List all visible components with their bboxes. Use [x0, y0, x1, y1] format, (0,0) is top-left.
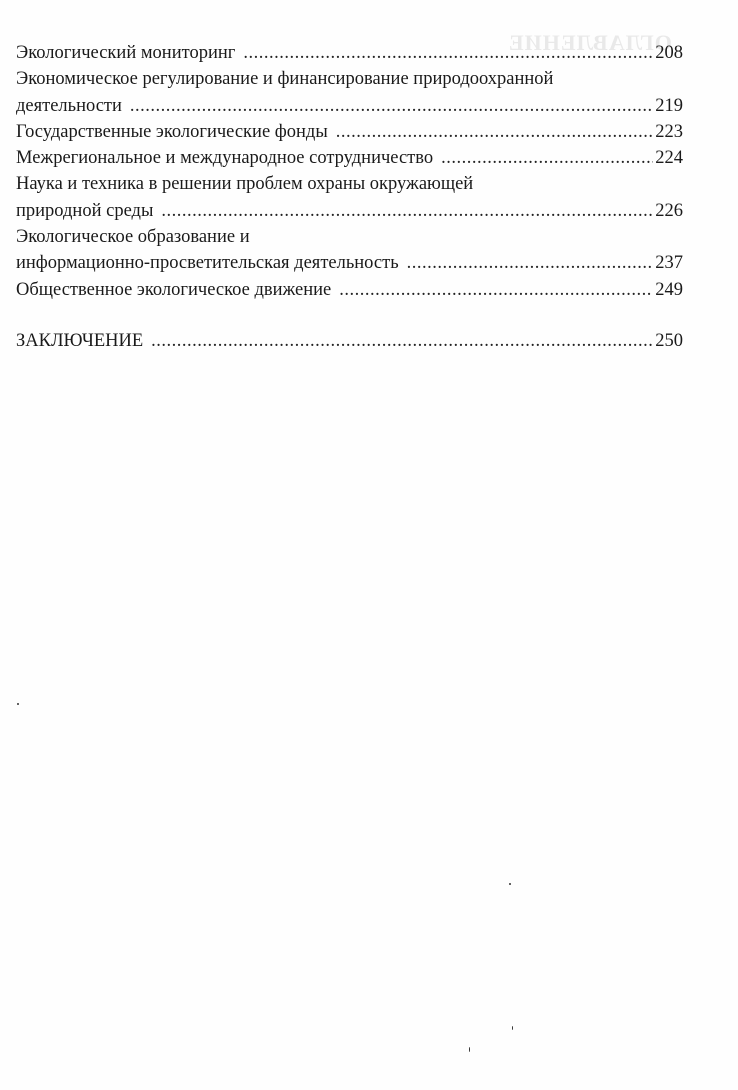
- toc-entry: Общественное экологическое движение 249: [16, 277, 683, 303]
- toc-entry: Наука и техника в решении проблем охраны…: [16, 171, 683, 197]
- toc-entry-conclusion: ЗАКЛЮЧЕНИЕ 250: [16, 328, 683, 354]
- toc-entry-title: ЗАКЛЮЧЕНИЕ: [16, 328, 143, 354]
- toc-entry-title: Общественное экологическое движение: [16, 277, 331, 303]
- toc-entry-title: Наука и техника в решении проблем охраны…: [16, 171, 683, 197]
- scan-speck: [512, 1026, 513, 1030]
- toc-entry-page: 219: [655, 93, 683, 119]
- dot-leader: [161, 198, 653, 224]
- toc-entry-title: Межрегиональное и международное сотрудни…: [16, 145, 433, 171]
- toc-entry: деятельности 219: [16, 93, 683, 119]
- toc-entry-page: 208: [655, 40, 683, 66]
- toc-entry: Экономическое регулирование и финансиров…: [16, 66, 683, 92]
- toc-entry: информационно-просветительская деятельно…: [16, 250, 683, 276]
- toc-entry-title: Экономическое регулирование и финансиров…: [16, 66, 683, 92]
- dot-leader: [243, 40, 653, 66]
- scan-speck: [17, 703, 19, 705]
- dot-leader: [407, 250, 654, 276]
- toc-entry: Экологическое образование и: [16, 224, 683, 250]
- dot-leader: [336, 119, 653, 145]
- toc-entry-page: 224: [655, 145, 683, 171]
- scan-speck: [509, 883, 511, 885]
- dot-leader: [441, 145, 653, 171]
- toc-entry-page: 249: [655, 277, 683, 303]
- dot-leader: [339, 277, 653, 303]
- toc-entry-page: 226: [655, 198, 683, 224]
- toc-entry-title: деятельности: [16, 93, 122, 119]
- toc-entry-page: 250: [655, 328, 683, 354]
- toc-entry-title: Государственные экологические фонды: [16, 119, 328, 145]
- toc-entry-page: 223: [655, 119, 683, 145]
- toc-entry: природной среды 226: [16, 198, 683, 224]
- toc-entry-title: Экологический мониторинг: [16, 40, 235, 66]
- section-gap: [16, 303, 683, 328]
- toc-entry-title: информационно-просветительская деятельно…: [16, 250, 399, 276]
- toc-entry-page: 237: [655, 250, 683, 276]
- toc-entry: Межрегиональное и международное сотрудни…: [16, 145, 683, 171]
- toc-entry: Государственные экологические фонды 223: [16, 119, 683, 145]
- toc-entry-title: Экологическое образование и: [16, 224, 683, 250]
- table-of-contents: Экологический мониторинг 208 Экономическ…: [16, 40, 683, 354]
- toc-entry: Экологический мониторинг 208: [16, 40, 683, 66]
- book-page: ОГЛАВЛЕНИЕ Экологический мониторинг 208 …: [0, 0, 738, 1090]
- scan-speck: [469, 1047, 470, 1052]
- dot-leader: [130, 93, 653, 119]
- dot-leader: [151, 328, 653, 354]
- toc-entry-title: природной среды: [16, 198, 153, 224]
